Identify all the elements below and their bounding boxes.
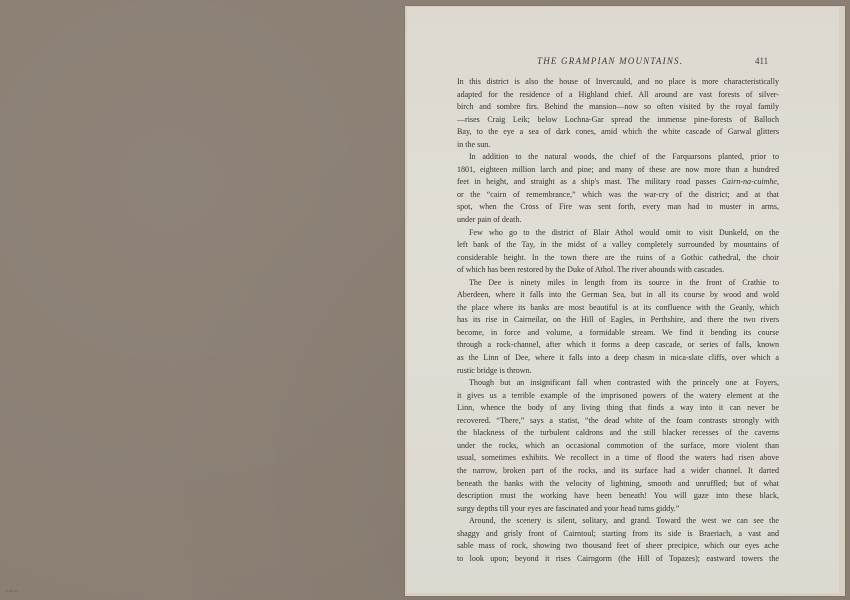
paragraph: Though but an insignificant fall when co…	[457, 377, 779, 515]
text-line: In this district is also the house of In…	[457, 76, 779, 89]
text-line: Aberdeen, where it falls into the German…	[457, 289, 779, 302]
page-number: 411	[755, 56, 768, 66]
text-line: usual, sometimes exhibits. We recollect …	[457, 452, 779, 465]
running-head: THE GRAMPIAN MOUNTAINS. 411	[407, 56, 839, 70]
paragraph: Around, the scenery is silent, solitary,…	[457, 515, 779, 565]
paragraph: In this district is also the house of In…	[457, 76, 779, 151]
text-line: as the Linn of Dee, where it falls into …	[457, 352, 779, 365]
italic-phrase: Cairn-na-cuimhe,	[722, 177, 779, 186]
text-line: feet in height, and straight as a ship's…	[457, 176, 779, 189]
text-line: Linn, whence the body of any living thin…	[457, 402, 779, 415]
text-line: Few who go to the district of Blair Atho…	[457, 227, 779, 240]
text-line: or the “cairn of remembrance,” which was…	[457, 189, 779, 202]
text-line: birch and sombre firs. Behind the mansio…	[457, 101, 779, 114]
text-line: 1801, eighteen million larch and pine; a…	[457, 164, 779, 177]
text-line: under pain of death.	[457, 214, 779, 227]
text-line: to look upon; beyond it rises Cairngorm …	[457, 553, 779, 566]
paragraph: The Dee is ninety miles in length from i…	[457, 277, 779, 377]
text-line: Bay, to the eye a sea of dark cones, ami…	[457, 126, 779, 139]
text-line: Around, the scenery is silent, solitary,…	[457, 515, 779, 528]
text-line: become, in force and volume, a formidabl…	[457, 327, 779, 340]
text-line: has its rise in Cairneilar, on the Hill …	[457, 314, 779, 327]
text-line: spot, when the Cross of Fire was sent fo…	[457, 201, 779, 214]
text-line: sable mass of rock, showing two thousand…	[457, 540, 779, 553]
text-line: under the rocks, which an occasional com…	[457, 440, 779, 453]
text-line: through a rock-channel, after which it f…	[457, 339, 779, 352]
text-line: of which has been restored by the Duke o…	[457, 264, 779, 277]
running-title: THE GRAMPIAN MOUNTAINS.	[537, 56, 683, 66]
paragraph: Few who go to the district of Blair Atho…	[457, 227, 779, 277]
text-line: the narrow, broken part of the rocks, an…	[457, 465, 779, 478]
text-line: description must the working have been b…	[457, 490, 779, 503]
text-line: in the sun.	[457, 139, 779, 152]
text-line: The Dee is ninety miles in length from i…	[457, 277, 779, 290]
text-line: rustic bridge is thrown.	[457, 365, 779, 378]
text-line: adapted for the residence of a Highland …	[457, 89, 779, 102]
text-line: shaggy and grisly front of Cairntoul; st…	[457, 528, 779, 541]
text-line: beneath the banks with the velocity of l…	[457, 478, 779, 491]
text-line: left bank of the Tay, in the midst of a …	[457, 239, 779, 252]
text-line: In addition to the natural woods, the ch…	[457, 151, 779, 164]
paragraph: In addition to the natural woods, the ch…	[457, 151, 779, 226]
body-text: In this district is also the house of In…	[457, 76, 779, 565]
text-line: the blackness of the turbulent caldrons …	[457, 427, 779, 440]
text-line: Though but an insignificant fall when co…	[457, 377, 779, 390]
book-page: THE GRAMPIAN MOUNTAINS. 411 In this dist…	[407, 7, 839, 593]
text-line: considerable height. In the town there a…	[457, 252, 779, 265]
corner-mark: E-Bitten	[6, 589, 18, 593]
text-line: recovered. “There,” says a statist, “the…	[457, 415, 779, 428]
text-line: —rises Craig Leik; below Lochna-Gar spre…	[457, 114, 779, 127]
text-line: it gives us a terrible example of the im…	[457, 390, 779, 403]
text-line: surgy depths till your eyes are fascinat…	[457, 503, 779, 516]
text-line: the place where its banks are most beaut…	[457, 302, 779, 315]
